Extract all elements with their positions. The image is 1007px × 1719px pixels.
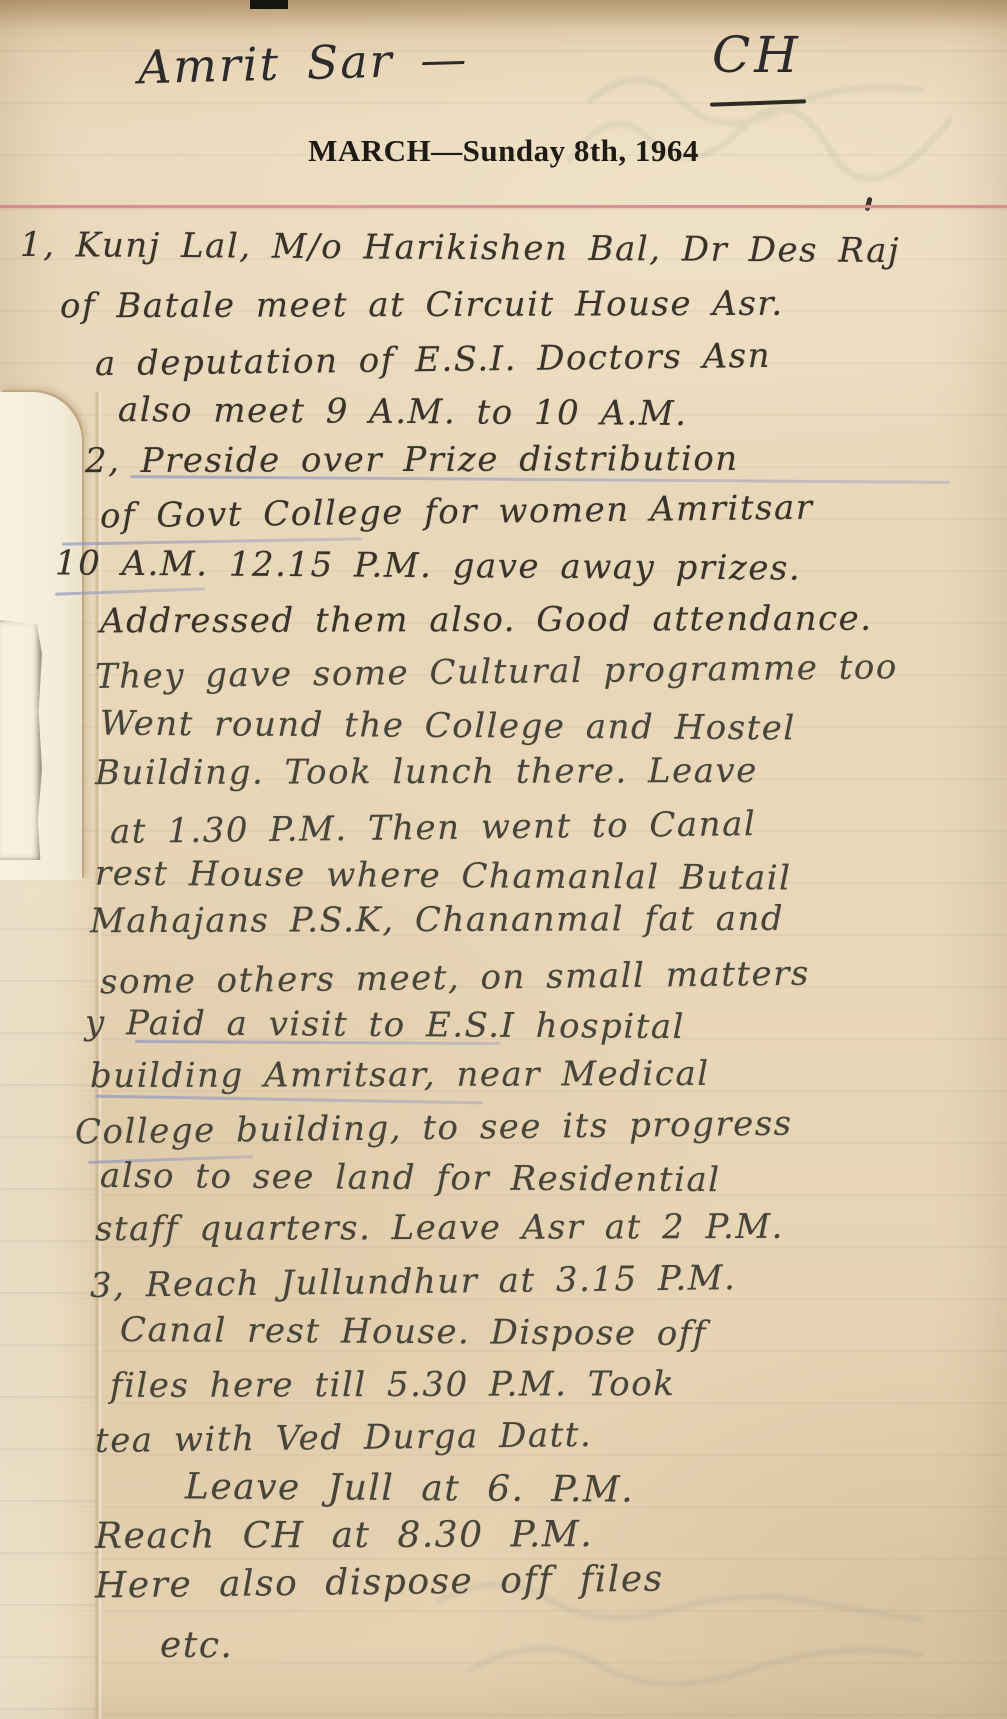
diary-line: some others meet, on small matters (100, 954, 810, 1003)
diary-line: building Amritsar, near Medical (90, 1054, 710, 1096)
diary-line: at 1.30 P.M. Then went to Canal (110, 804, 757, 852)
diary-line: Building. Took lunch there. Leave (95, 751, 758, 793)
diary-line: Here also dispose off files (95, 1559, 664, 1607)
diary-line: also meet 9 A.M. to 10 A.M. (118, 390, 688, 434)
diary-entry-body: 1, Kunj Lal, M/o Harikishen Bal, Dr Des … (0, 0, 1007, 1719)
diary-line: staff quarters. Leave Asr at 2 P.M. (95, 1207, 784, 1249)
diary-line: tea with Ved Durga Datt. (95, 1415, 593, 1461)
diary-line: 10 A.M. 12.15 P.M. gave away prizes. (55, 543, 802, 588)
diary-line: Canal rest House. Dispose off (120, 1310, 707, 1354)
diary-line: 2, Preside over Prize distribution (85, 439, 739, 481)
diary-line: College building, to see its progress (75, 1104, 793, 1153)
diary-line: of Govt College for women Amritsar (100, 488, 814, 537)
diary-page-scan: Amrit Sar — CH MARCH—Sunday 8th, 1964 1,… (0, 0, 1007, 1719)
diary-line: etc. (160, 1625, 234, 1667)
diary-line: Reach CH at 8.30 P.M. (95, 1514, 593, 1557)
diary-line: files here till 5.30 P.M. Took (110, 1364, 675, 1406)
diary-line: Leave Jull at 6. P.M. (185, 1466, 634, 1510)
diary-line: Addressed them also. Good attendance. (100, 599, 873, 642)
diary-line: also to see land for Residential (100, 1156, 721, 1200)
diary-line: 3, Reach Jullundhur at 3.15 P.M. (90, 1258, 737, 1306)
diary-line: They gave some Cultural programme too (95, 647, 898, 697)
diary-line: of Batale meet at Circuit House Asr. (60, 284, 784, 327)
diary-line: rest House where Chamanlal Butail (95, 854, 792, 899)
diary-line: a deputation of E.S.I. Doctors Asn (95, 336, 771, 384)
diary-line: Went round the College and Hostel (100, 704, 796, 749)
diary-line: y Paid a visit to E.S.I hospital (85, 1003, 685, 1047)
diary-line: Mahajans P.S.K, Chananmal fat and (90, 899, 784, 941)
diary-line: 1, Kunj Lal, M/o Harikishen Bal, Dr Des … (20, 225, 900, 271)
